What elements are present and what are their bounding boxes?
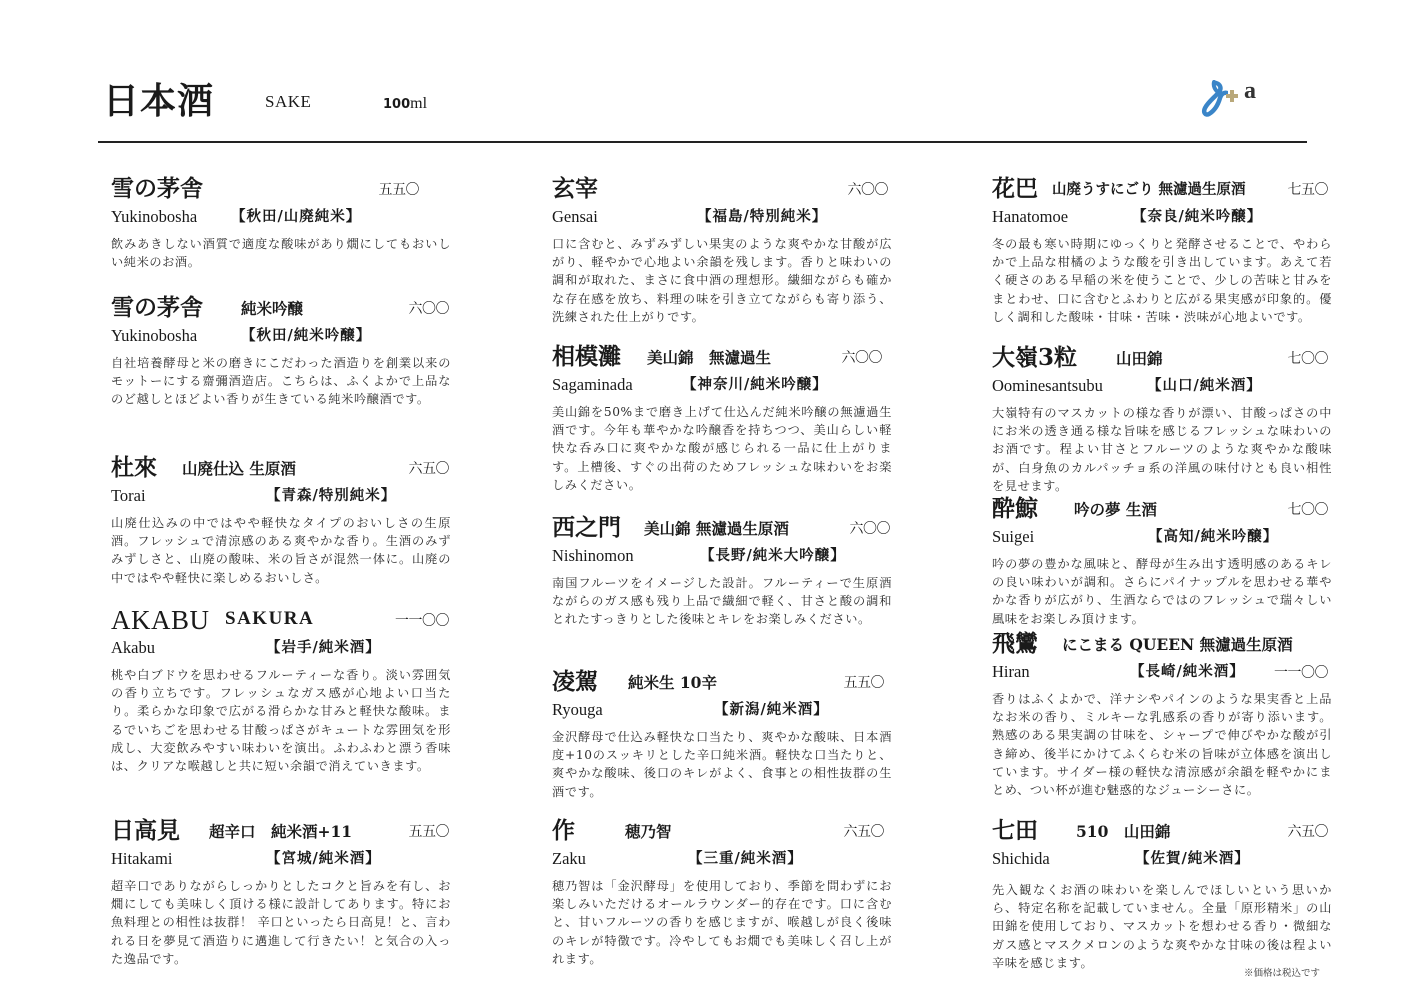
sake-name: 玄宰 (552, 173, 598, 205)
sake-romaji: Akabu (111, 637, 155, 659)
sake-item: 七田 510 山田錦 六五〇 Shichida 【佐賀/純米酒】 先入観なくお酒… (992, 815, 1332, 972)
sake-origin: 【長崎/純米酒】 (1130, 661, 1245, 683)
sake-price: 五五〇 (379, 180, 420, 200)
header-divider (98, 141, 1307, 143)
sake-description: 口に含むと、みずみずしい果実のような爽やかな甘酸が広がり、軽やかで心地よい余韻を… (552, 235, 892, 326)
sake-origin: 【佐賀/純米酒】 (1135, 848, 1250, 870)
sake-variant: 山廃仕込 生原酒 (182, 458, 296, 480)
sake-item: 日高見 超辛口 純米酒+11 五五〇 Hitakami 【宮城/純米酒】 超辛口… (111, 815, 451, 968)
sake-item: 大嶺3粒 山田錦 七〇〇 Oominesantsubu 【山口/純米酒】 大嶺特… (992, 342, 1332, 495)
sake-origin: 【神奈川/純米吟醸】 (682, 374, 828, 396)
sake-name: 花巴 (992, 173, 1038, 205)
sake-variant: 美山錦 無濾過生原酒 (644, 518, 789, 540)
sake-romaji: Suigei (992, 526, 1034, 548)
sake-variant: 超辛口 純米酒+11 (209, 821, 352, 843)
sake-description: 吟の夢の豊かな風味と、酵母が生み出す透明感のあるキレの良い味わいが調和。さらにパ… (992, 555, 1332, 628)
sake-name: 作 (552, 815, 575, 847)
sake-romaji: Shichida (992, 848, 1050, 870)
sake-description: 超辛口でありながらしっかりとしたコクと旨みを有し、お燗にしても美味しく頂ける様に… (111, 877, 451, 968)
sake-price: 五五〇 (409, 822, 450, 842)
sake-item: 作 穂乃智 六五〇 Zaku 【三重/純米酒】 穂乃智は「金沢酵母」を使用してお… (552, 815, 892, 968)
sake-name: 相模灘 (552, 341, 621, 373)
sake-variant: 純米生 10辛 (628, 672, 717, 694)
sake-name: 日高見 (111, 815, 180, 847)
sake-variant: 510 山田錦 (1076, 821, 1170, 843)
sake-origin: 【岩手/純米酒】 (266, 637, 381, 659)
sake-item: AKABU SAKURA 一一〇〇 Akabu 【岩手/純米酒】 桃や白ブドウを… (111, 604, 451, 775)
plus-icon (1226, 90, 1238, 102)
sake-description: 穂乃智は「金沢酵母」を使用しており、季節を問わずにお楽しみいただけるオールラウン… (552, 877, 892, 968)
sake-variant: 吟の夢 生酒 (1074, 499, 1157, 521)
sake-variant: SAKURA (225, 608, 314, 630)
sake-item: 西之門 美山錦 無濾過生原酒 六〇〇 Nishinomon 【長野/純米大吟醸】… (552, 512, 892, 629)
sake-name: 大嶺3粒 (992, 342, 1077, 374)
sake-price: 六〇〇 (850, 519, 891, 539)
sake-description: 自社培養酵母と米の磨きにこだわった酒造りを創業以来のモットーにする齋彌酒造店。こ… (111, 354, 451, 409)
sake-item: 玄宰 六〇〇 Gensai 【福島/特別純米】 口に含むと、みずみずしい果実のよ… (552, 173, 892, 326)
sake-item: 花巴 山廃うすにごり 無濾過生原酒 七五〇 Hanatomoe 【奈良/純米吟醸… (992, 173, 1332, 326)
sake-origin: 【青森/特別純米】 (266, 485, 396, 507)
sake-item: 酔鯨 吟の夢 生酒 七〇〇 Suigei 【高知/純米吟醸】 吟の夢の豊かな風味… (992, 493, 1332, 628)
sake-price: 六五〇 (1288, 822, 1329, 842)
sake-origin: 【宮城/純米酒】 (266, 848, 381, 870)
sake-item: 相模灘 美山錦 無濾過生 六〇〇 Sagaminada 【神奈川/純米吟醸】 美… (552, 341, 892, 494)
sake-origin: 【山口/純米酒】 (1147, 375, 1262, 397)
sake-romaji: Hitakami (111, 848, 172, 870)
sake-name: 西之門 (552, 512, 621, 544)
sake-name: 雪の茅舎 (111, 292, 203, 324)
sake-romaji: Hiran (992, 661, 1030, 683)
sake-price: 六〇〇 (409, 299, 450, 319)
sake-price: 五五〇 (844, 673, 885, 693)
sake-origin: 【福島/特別純米】 (697, 206, 827, 228)
page-subtitle: SAKE (265, 92, 311, 112)
sake-name: 酔鯨 (992, 493, 1038, 525)
sake-variant: 純米吟醸 (241, 298, 303, 320)
sake-price: 七五〇 (1288, 180, 1329, 200)
sake-name: 杜來 (111, 452, 157, 484)
sake-romaji: Oominesantsubu (992, 375, 1103, 397)
sake-romaji: Hanatomoe (992, 206, 1068, 228)
brand-swirl-icon (1200, 80, 1228, 120)
tax-note: ※価格は税込です (1244, 965, 1320, 979)
sake-description: 桃や白ブドウを思わせるフルーティーな香り。淡い雰囲気の香り立ちです。フレッシュな… (111, 666, 451, 775)
sake-romaji: Ryouga (552, 699, 603, 721)
sake-price: 六五〇 (409, 459, 450, 479)
sake-origin: 【三重/純米酒】 (688, 848, 803, 870)
sake-variant: にこまる QUEEN 無濾過生原酒 (1062, 634, 1293, 656)
menu-header: 日本酒 SAKE 100ml a (0, 0, 1413, 150)
sake-description: 南国フルーツをイメージした設計。フルーティーで生原酒ながらのガス感も残り上品で繊… (552, 574, 892, 629)
sake-price: 六〇〇 (842, 348, 883, 368)
serving-volume: 100ml (383, 94, 427, 113)
sake-item: 凌駕 純米生 10辛 五五〇 Ryouga 【新潟/純米酒】 金沢酵母で仕込み軽… (552, 666, 892, 801)
sake-description: 大嶺特有のマスカットの様な香りが漂い、甘酸っぱさの中にお米の透き通る様な旨味を感… (992, 404, 1332, 495)
sake-origin: 【長野/純米大吟醸】 (700, 545, 846, 567)
sake-origin: 【秋田/純米吟醸】 (241, 325, 371, 347)
sake-description: 飲みあきしない酒質で適度な酸味があり燗にしてもおいしい純米のお酒。 (111, 235, 451, 271)
brand-logo: a (1200, 80, 1310, 120)
sake-price: 六五〇 (844, 822, 885, 842)
sake-description: 山廃仕込みの中ではやや軽快なタイプのおいしさの生原酒。フレッシュで清涼感のある爽… (111, 514, 451, 587)
sake-description: 美山錦を50%まで磨き上げて仕込んだ純米吟醸の無濾過生酒です。今年も華やかな吟醸… (552, 403, 892, 494)
sake-price: 七〇〇 (1288, 500, 1329, 520)
sake-price: 七〇〇 (1288, 349, 1329, 369)
sake-origin: 【奈良/純米吟醸】 (1132, 206, 1262, 228)
sake-romaji: Sagaminada (552, 374, 633, 396)
sake-name: 七田 (992, 815, 1038, 847)
sake-price: 一一〇〇 (1274, 663, 1328, 683)
sake-description: 冬の最も寒い時期にゆっくりと発酵させることで、やわらかで上品な柑橘のような酸を引… (992, 235, 1332, 326)
sake-variant: 美山錦 無濾過生 (647, 347, 771, 369)
sake-description: 先入観なくお酒の味わいを楽しんでほしいという思いから、特定名称を記載していません… (992, 881, 1332, 972)
sake-romaji: Yukinobosha (111, 325, 197, 347)
sake-name: 飛鸞 (992, 628, 1038, 660)
page-title: 日本酒 (103, 78, 214, 124)
logo-letter: a (1244, 78, 1256, 105)
sake-item: 雪の茅舎 五五〇 Yukinobosha 【秋田/山廃純米】 飲みあきしない酒質… (111, 173, 451, 271)
sake-name: 雪の茅舎 (111, 173, 203, 205)
sake-variant: 穂乃智 (625, 821, 672, 843)
sake-romaji: Yukinobosha (111, 206, 197, 228)
sake-item: 飛鸞 にこまる QUEEN 無濾過生原酒 Hiran 【長崎/純米酒】 一一〇〇… (992, 628, 1332, 799)
sake-variant: 山田錦 (1116, 348, 1163, 370)
sake-name: AKABU (111, 604, 210, 636)
sake-item: 杜來 山廃仕込 生原酒 六五〇 Torai 【青森/特別純米】 山廃仕込みの中で… (111, 452, 451, 587)
sake-name: 凌駕 (552, 666, 598, 698)
sake-description: 金沢酵母で仕込み軽快な口当たり、爽やかな酸味、日本酒度+10のスッキリとした辛口… (552, 728, 892, 801)
sake-romaji: Zaku (552, 848, 586, 870)
sake-price: 一一〇〇 (395, 611, 449, 631)
sake-origin: 【新潟/純米酒】 (714, 699, 829, 721)
sake-origin: 【秋田/山廃純米】 (231, 206, 361, 228)
sake-origin: 【高知/純米吟醸】 (1148, 526, 1278, 548)
sake-description: 香りはふくよかで、洋ナシやパインのような果実香と上品なお米の香り、ミルキーな乳感… (992, 690, 1332, 799)
sake-item: 雪の茅舎 純米吟醸 六〇〇 Yukinobosha 【秋田/純米吟醸】 自社培養… (111, 292, 451, 409)
sake-romaji: Gensai (552, 206, 598, 228)
sake-romaji: Nishinomon (552, 545, 634, 567)
volume-unit: ml (410, 95, 427, 112)
volume-number: 100 (383, 97, 410, 112)
sake-romaji: Torai (111, 485, 146, 507)
sake-variant: 山廃うすにごり 無濾過生原酒 (1052, 179, 1246, 201)
sake-price: 六〇〇 (848, 180, 889, 200)
